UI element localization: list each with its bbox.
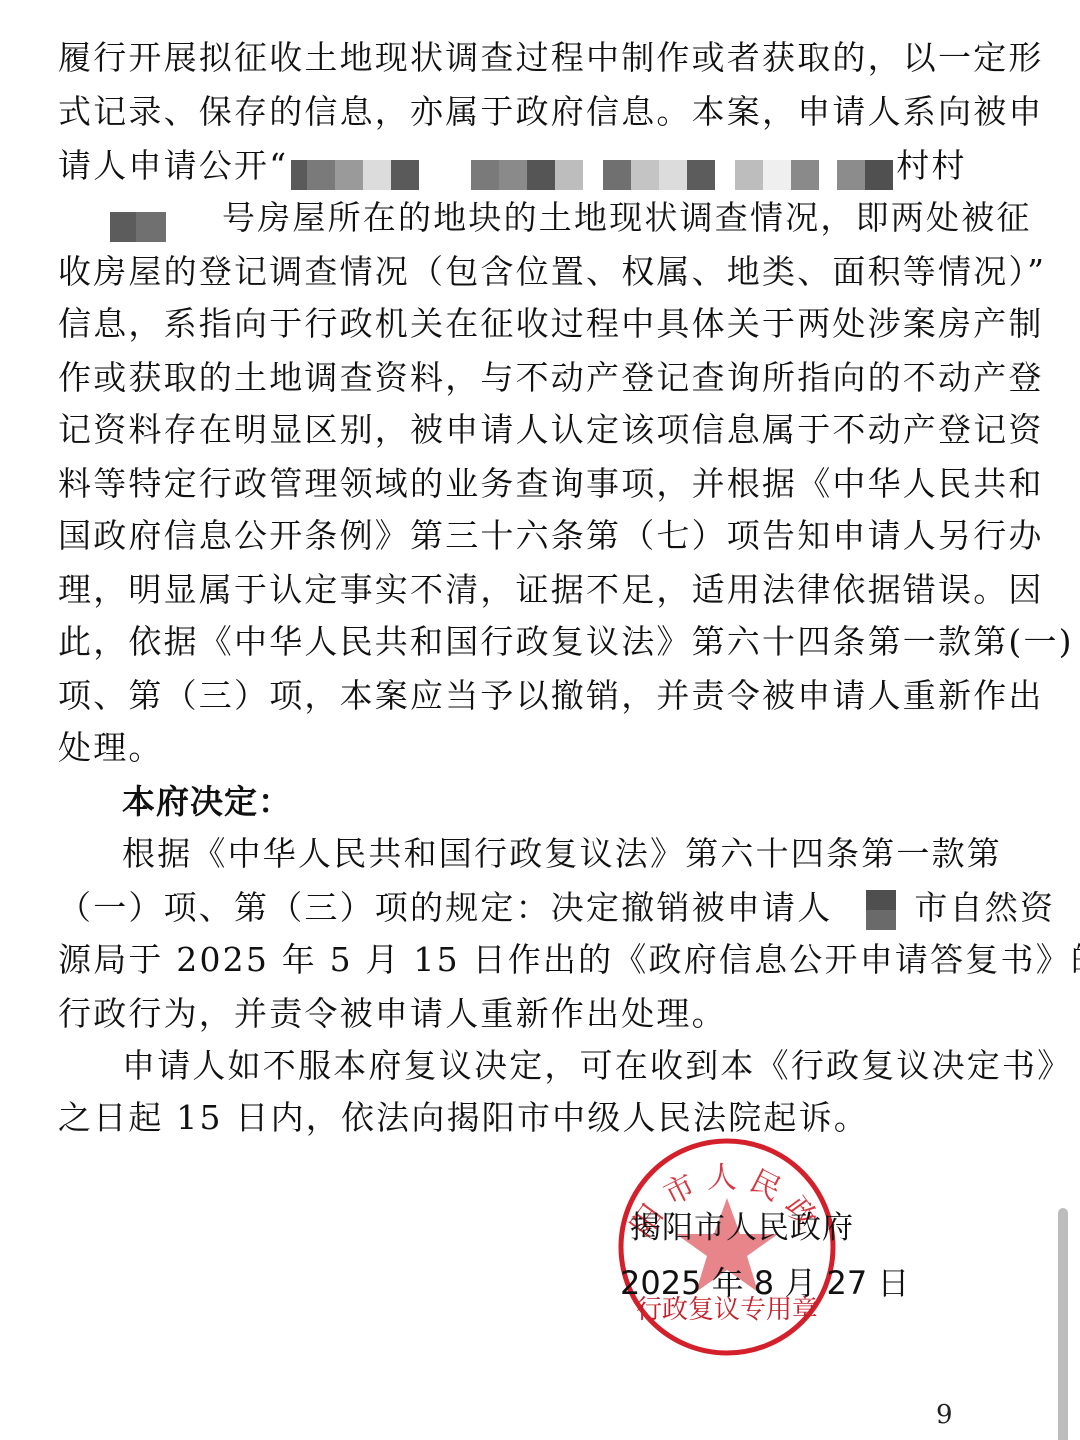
redacted-block [110, 205, 166, 235]
text-fragment: 市自然资 [914, 888, 1055, 927]
signing-date: 2025 年 8 月 27 日 [620, 1258, 909, 1304]
text-line: 作或获取的土地调查资料，与不动产登记查询所指向的不动产登 [58, 352, 968, 404]
text-line: 履行开展拟征收土地现状调查过程中制作或者获取的，以一定形 [58, 32, 968, 84]
redacted-block [291, 153, 893, 183]
page-number: 9 [936, 1400, 953, 1430]
text-line: 国政府信息公开条例》第三十六条第（七）项告知申请人另行办 [58, 510, 968, 562]
text-line: 处理。 [58, 722, 968, 774]
text-line: 申请人如不服本府复议决定，可在收到本《行政复议决定书》 [122, 1040, 968, 1092]
text-line: 行政行为，并责令被申请人重新作出处理。 [58, 988, 968, 1040]
text-line: 项、第（三）项，本案应当予以撤销，并责令被申请人重新作出 [58, 670, 968, 722]
text-line: 源局于 2025 年 5 月 15 日作出的《政府信息公开申请答复书》的 [58, 934, 968, 986]
text-fragment: 村村 [896, 146, 966, 185]
text-line: 记资料存在明显区别，被申请人认定该项信息属于不动产登记资 [58, 404, 968, 456]
text-line-with-redaction: 号房屋所在的地块的土地现状调查情况，即两处被征 [58, 192, 968, 244]
document-page: 履行开展拟征收土地现状调查过程中制作或者获取的，以一定形 式记录、保存的信息，亦… [0, 0, 1080, 1440]
text-fragment: （一）项、第（三）项的规定：决定撤销被申请人 [58, 888, 832, 927]
text-line: 收房屋的登记调查情况（包含位置、权属、地类、面积等情况）” [58, 246, 968, 298]
text-line: 根据《中华人民共和国行政复议法》第六十四条第一款第 [122, 828, 968, 880]
official-seal: 揭阳市人民政府 行政复议专用章 [614, 1136, 840, 1358]
signing-authority: 揭阳市人民政府 [630, 1202, 854, 1247]
text-line-with-redaction: 请人申请公开“村村 [58, 140, 968, 192]
text-line: 料等特定行政管理领域的业务查询事项，并根据《中华人民共和 [58, 458, 968, 510]
text-line-with-redaction: （一）项、第（三）项的规定：决定撤销被申请人市自然资 [58, 882, 968, 934]
vertical-scrollbar-thumb[interactable] [1058, 1208, 1068, 1440]
text-line: 信息，系指向于行政机关在征收过程中具体关于两处涉案房产制 [58, 298, 968, 350]
text-fragment: 号房屋所在的地块的土地现状调查情况，即两处被征 [222, 198, 1032, 237]
redacted-block [866, 890, 896, 930]
decision-heading: 本府决定： [122, 776, 968, 828]
text-line: 式记录、保存的信息，亦属于政府信息。本案，申请人系向被申 [58, 86, 968, 138]
text-line: 理，明显属于认定事实不清，证据不足，适用法律依据错误。因 [58, 564, 968, 616]
text-fragment: 请人申请公开“ [58, 146, 288, 185]
text-line: 此，依据《中华人民共和国行政复议法》第六十四条第一款第(一) [58, 616, 968, 668]
